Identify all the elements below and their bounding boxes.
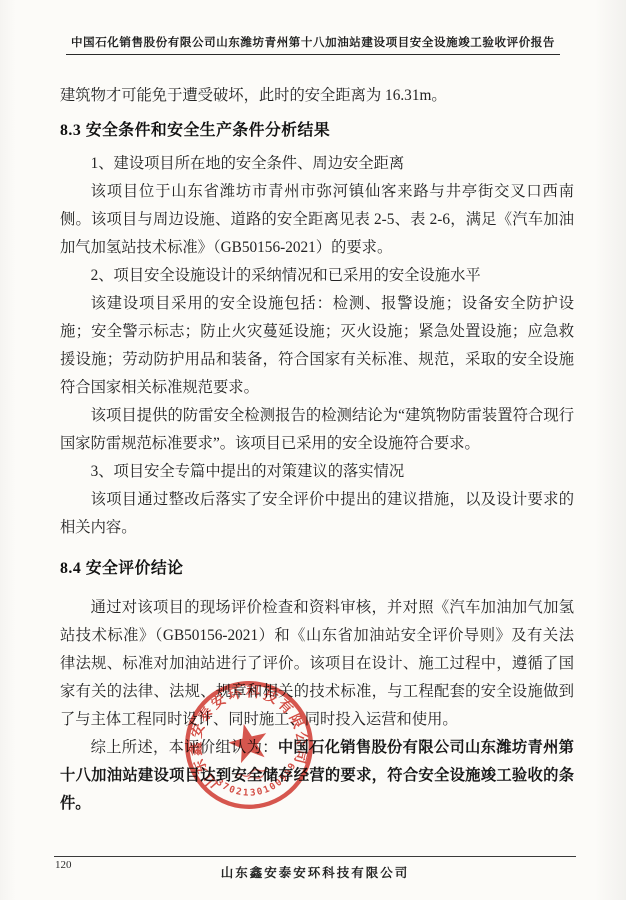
conclusion-paragraph: 综上所述，本评价组认为：中国石化销售股份有限公司山东潍坊青州第十八加油站建设项目… — [60, 734, 574, 818]
document-body: 建筑物才可能免于遭受破坏，此时的安全距离为 16.31m。 8.3 安全条件和安… — [60, 82, 574, 818]
item2-title: 2、项目安全设施设计的采纳情况和已采用的安全设施水平 — [60, 262, 574, 290]
paragraph-intro: 建筑物才可能免于遭受破坏，此时的安全距离为 16.31m。 — [60, 82, 574, 110]
section-8-4-heading: 8.4 安全评价结论 — [60, 555, 574, 583]
item1-paragraph: 该项目位于山东省潍坊市青州市弥河镇仙客来路与井亭街交叉口西南侧。该项目与周边设施… — [60, 178, 574, 262]
header-title: 中国石化销售股份有限公司山东潍坊青州第十八加油站建设项目安全设施竣工验收评价报告 — [66, 34, 560, 55]
footer-company: 山东鑫安泰安环科技有限公司 — [54, 863, 576, 881]
page-header: 中国石化销售股份有限公司山东潍坊青州第十八加油站建设项目安全设施竣工验收评价报告 — [0, 33, 626, 55]
page-number: 120 — [55, 859, 72, 871]
conclusion-prefix: 综上所述，本评价组认为： — [91, 739, 278, 756]
item3-paragraph: 该项目通过整改后落实了安全评价中提出的建议措施，以及设计要求的相关内容。 — [60, 486, 574, 542]
section-8-4-paragraph: 通过对该项目的现场评价检查和资料审核，并对照《汽车加油加气加氢站技术标准》（GB… — [60, 594, 574, 734]
item2-paragraph: 该建设项目采用的安全设施包括：检测、报警设施；设备安全防护设施；安全警示标志；防… — [60, 290, 574, 402]
report-page: 中国石化销售股份有限公司山东潍坊青州第十八加油站建设项目安全设施竣工验收评价报告… — [0, 0, 626, 900]
section-8-3-heading: 8.3 安全条件和安全生产条件分析结果 — [60, 117, 574, 145]
item3-title: 3、项目安全专篇中提出的对策建议的落实情况 — [60, 458, 574, 486]
item2-paragraph-lightning: 该项目提供的防雷安全检测报告的检测结论为“建筑物防雷装置符合现行国家防雷规范标准… — [60, 402, 574, 458]
footer-rule — [54, 856, 576, 857]
item1-title: 1、建设项目所在地的安全条件、周边安全距离 — [60, 150, 574, 178]
page-footer: 120 山东鑫安泰安环科技有限公司 — [54, 856, 576, 881]
